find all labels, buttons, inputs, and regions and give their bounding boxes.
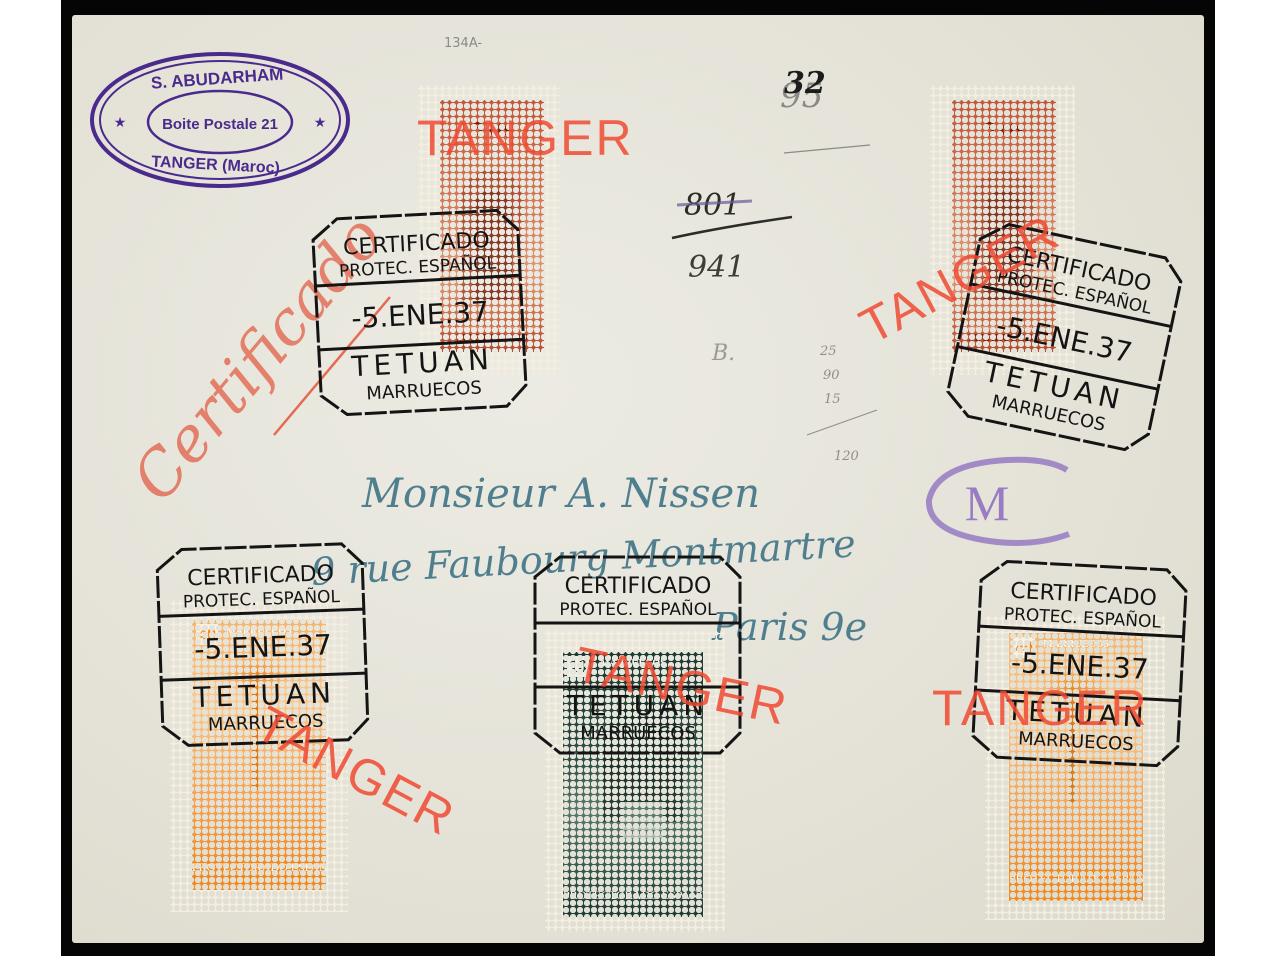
svg-text:CERTIFICADO: CERTIFICADO — [565, 574, 712, 599]
envelope: S. ABUDARHAM Boite Postale 21 TANGER (Ma… — [72, 15, 1204, 943]
svg-text:-5.ENE.37: -5.ENE.37 — [194, 628, 333, 666]
cancellations-layer: CERTIFICADO PROTEC. ESPAÑOL -5.ENE.37 TE… — [72, 15, 1204, 943]
tanger-handstamp-1: TANGER — [417, 110, 634, 166]
tanger-handstamp-3: TANGER — [247, 695, 465, 846]
svg-text:TETUAN: TETUAN — [192, 676, 337, 714]
svg-text:-5.ENE.37: -5.ENE.37 — [351, 295, 490, 335]
postmark-1: CERTIFICADO PROTEC. ESPAÑOL -5.ENE.37 TE… — [312, 209, 527, 415]
svg-text:PROTEC. ESPAÑOL: PROTEC. ESPAÑOL — [559, 598, 717, 620]
tanger-handstamp-5: TANGER — [932, 680, 1149, 736]
svg-text:MARRUECOS: MARRUECOS — [580, 723, 696, 744]
svg-text:CERTIFICADO: CERTIFICADO — [187, 561, 334, 591]
